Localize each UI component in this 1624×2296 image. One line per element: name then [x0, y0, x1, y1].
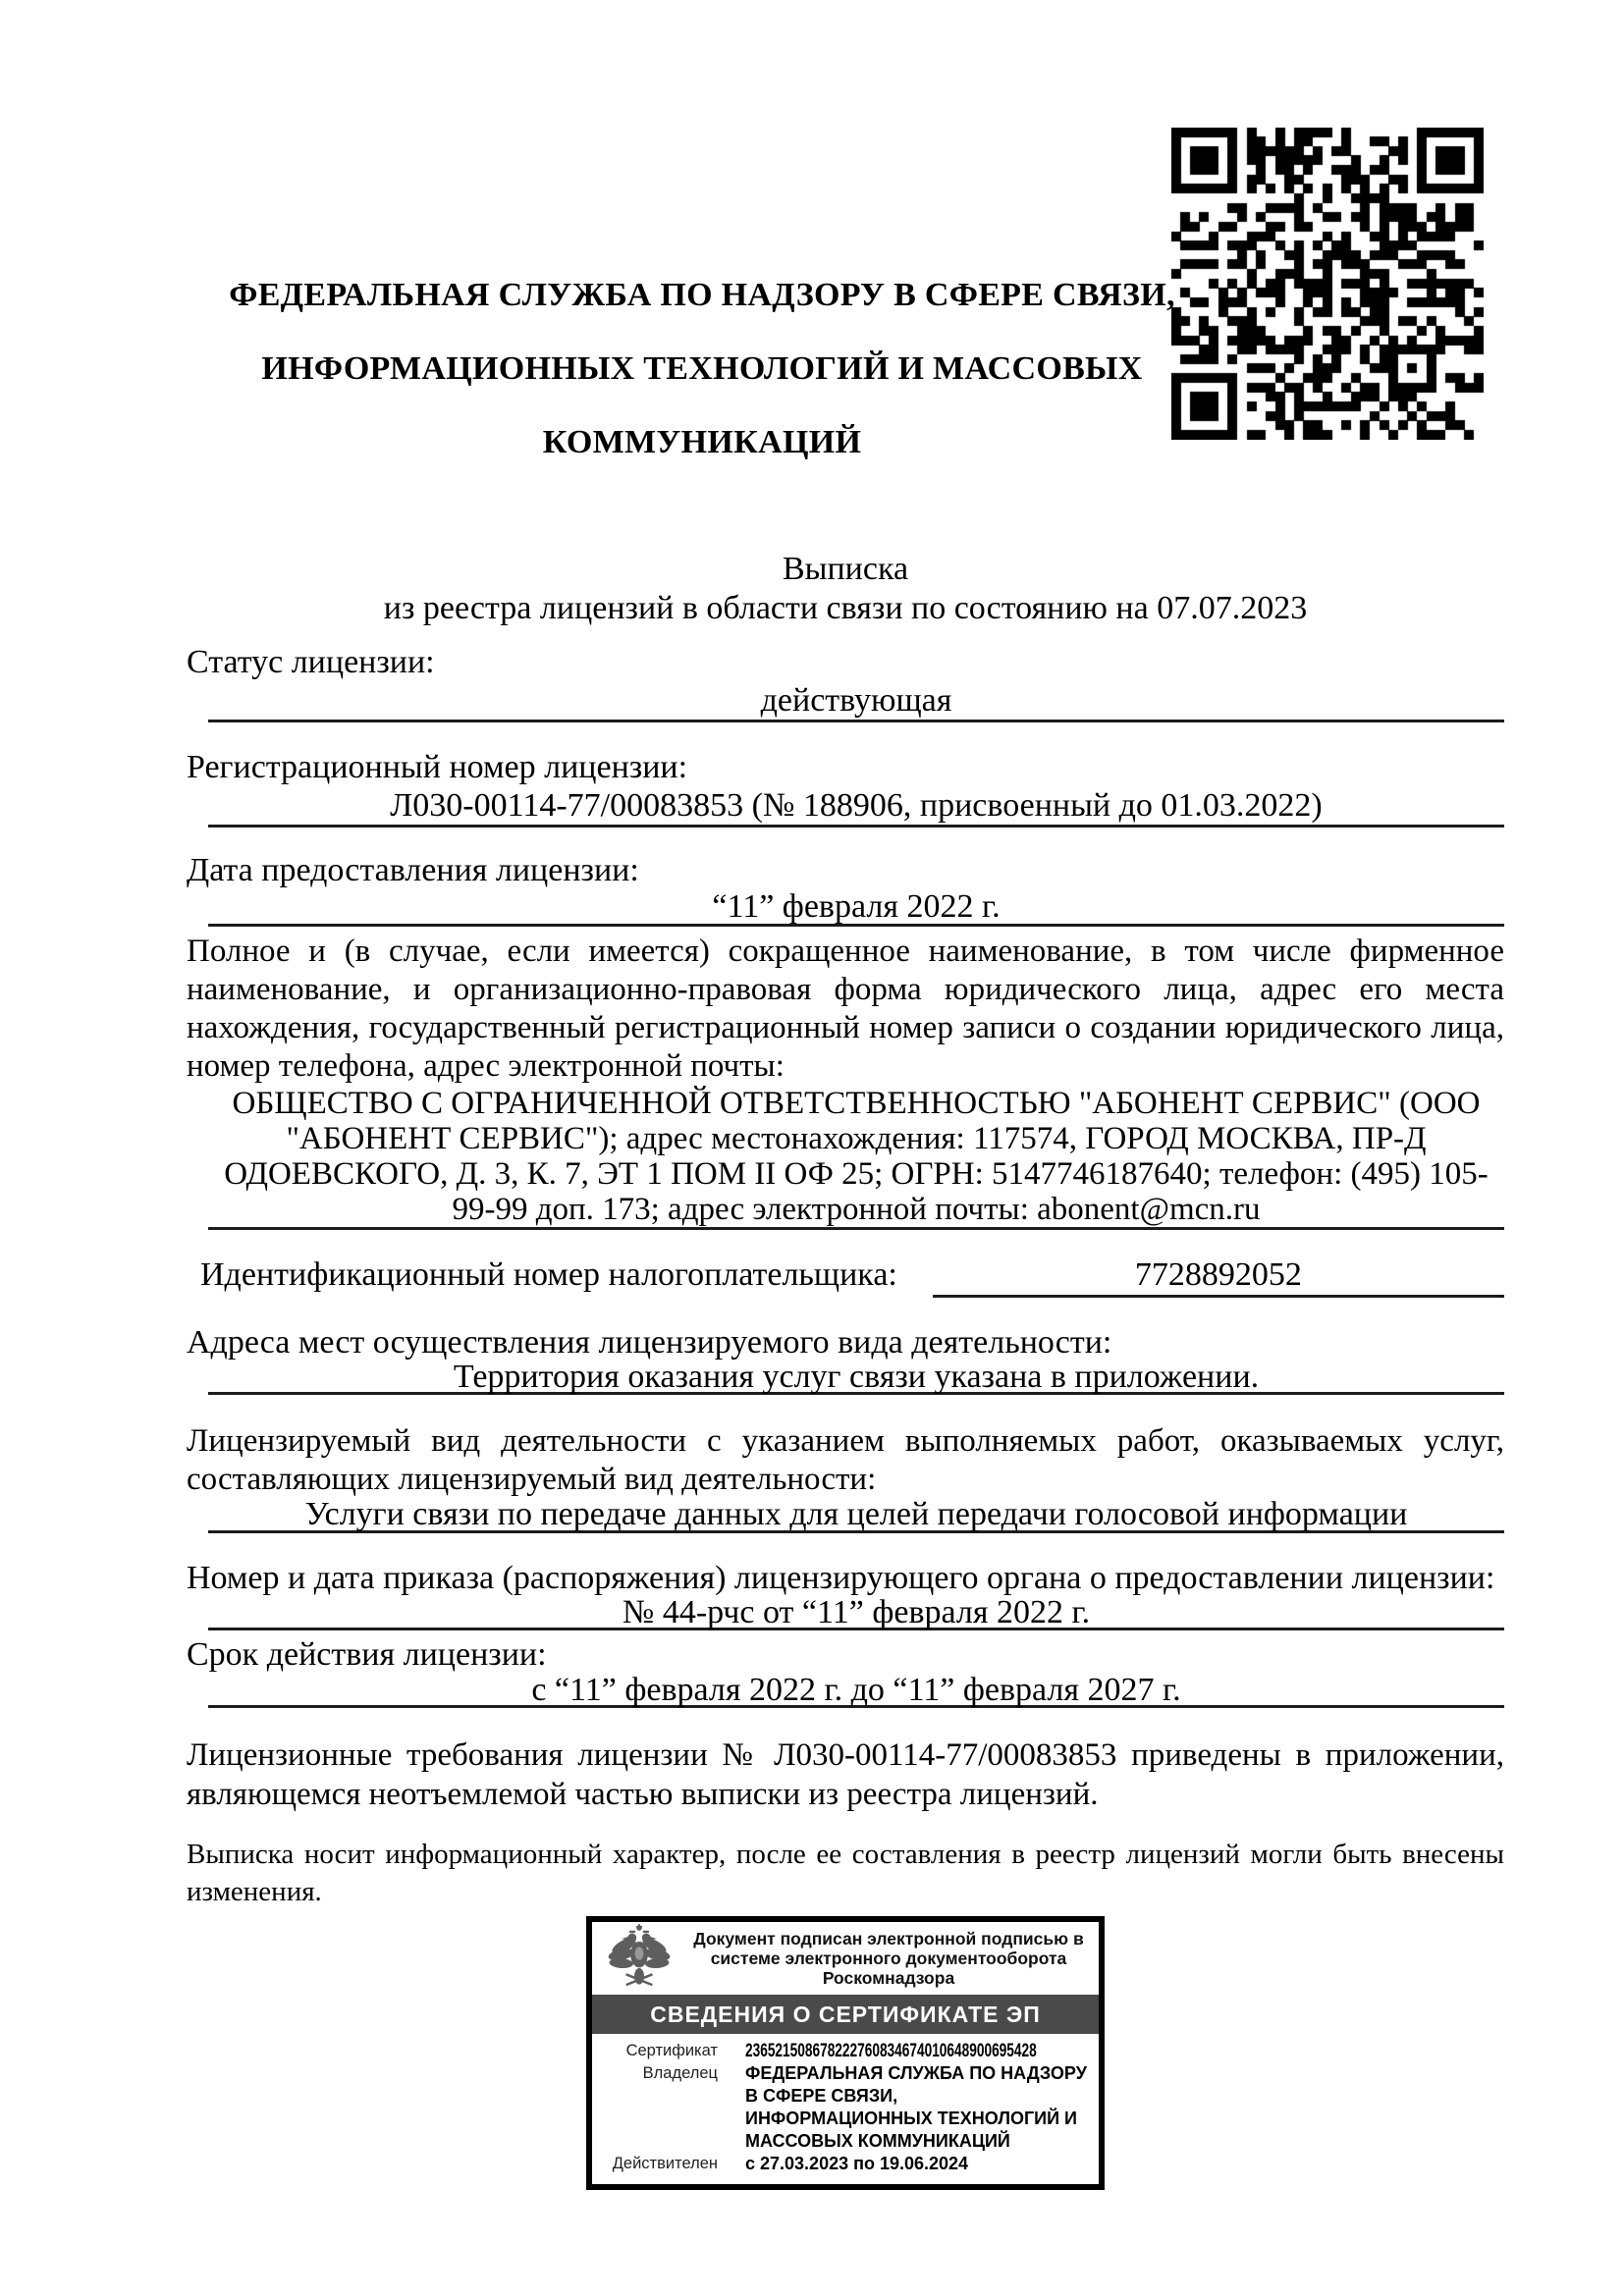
- status-value: действующая: [208, 682, 1504, 722]
- entity-label: Полное и (в случае, если имеется) сокращ…: [187, 933, 1504, 1086]
- valid-value: с 27.03.2023 по 19.06.2024: [745, 2153, 1089, 2175]
- addresses-label: Адреса мест осуществления лицензируемого…: [187, 1323, 1504, 1362]
- entity-value: ОБЩЕСТВО С ОГРАНИЧЕННОЙ ОТВЕТСТВЕННОСТЬЮ…: [208, 1086, 1504, 1230]
- stamp-signed-text: Документ подписан электронной подписью в…: [686, 1929, 1099, 1988]
- owner-value: ФЕДЕРАЛЬНАЯ СЛУЖБА ПО НАДЗОРУ В СФЕРЕ СВ…: [745, 2062, 1089, 2153]
- requirements-note: Лицензионные требования лицензии № Л030-…: [187, 1735, 1504, 1814]
- validity-label: Срок действия лицензии:: [187, 1635, 1504, 1675]
- double-headed-eagle-icon: [592, 1923, 686, 1994]
- authority-name-line: ФЕДЕРАЛЬНАЯ СЛУЖБА ПО НАДЗОРУ В СФЕРЕ СВ…: [167, 258, 1237, 332]
- status-label: Статус лицензии:: [187, 643, 1504, 682]
- license-extract-page: ФЕДЕРАЛЬНАЯ СЛУЖБА ПО НАДЗОРУ В СФЕРЕ СВ…: [0, 0, 1624, 2296]
- inn-field: Идентификационный номер налогоплательщик…: [187, 1255, 1504, 1298]
- authority-name-line: КОММУНИКАЦИЙ: [167, 405, 1237, 479]
- certificate-row: Сертификат 23652150867822276083467401064…: [602, 2040, 1089, 2062]
- document-title: Выписка: [187, 550, 1504, 589]
- document-subtitle: из реестра лицензий в области связи по с…: [187, 589, 1504, 628]
- valid-label: Действителен: [602, 2153, 718, 2175]
- stamp-header: Документ подписан электронной подписью в…: [592, 1922, 1099, 1995]
- certificate-details: Сертификат 23652150867822276083467401064…: [592, 2034, 1099, 2184]
- grant-date-value: “11” февраля 2022 г.: [208, 890, 1504, 927]
- activity-label: Лицензируемый вид деятельности с указани…: [187, 1422, 1504, 1499]
- certificate-number: 236521508678222760834674010648900695428: [745, 2040, 1037, 2062]
- certificate-label: Сертификат: [602, 2040, 718, 2062]
- order-value: № 44-рчс от “11” февраля 2022 г.: [208, 1598, 1504, 1630]
- electronic-signature-stamp: Документ подписан электронной подписью в…: [586, 1916, 1105, 2190]
- owner-label: Владелец: [602, 2062, 718, 2085]
- issuing-authority-header: ФЕДЕРАЛЬНАЯ СЛУЖБА ПО НАДЗОРУ В СФЕРЕ СВ…: [167, 258, 1237, 479]
- activity-value: Услуги связи по передаче данных для целе…: [208, 1499, 1504, 1533]
- addresses-value: Территория оказания услуг связи указана …: [208, 1362, 1504, 1395]
- registration-number-value: Л030-00114-77/00083853 (№ 188906, присво…: [208, 787, 1504, 828]
- inn-value: 7728892052: [933, 1255, 1504, 1298]
- validity-value: с “11” февраля 2022 г. до “11” февраля 2…: [208, 1675, 1504, 1708]
- registration-number-label: Регистрационный номер лицензии:: [187, 748, 1504, 787]
- disclaimer-note: Выписка носит информационный характер, п…: [187, 1836, 1504, 1910]
- document-body: Выписка из реестра лицензий в области св…: [187, 550, 1504, 2190]
- certificate-info-band: СВЕДЕНИЯ О СЕРТИФИКАТЕ ЭП: [592, 1995, 1099, 2034]
- grant-date-label: Дата предоставления лицензии:: [187, 851, 1504, 890]
- valid-row: Действителен с 27.03.2023 по 19.06.2024: [602, 2153, 1089, 2175]
- owner-row: Владелец ФЕДЕРАЛЬНАЯ СЛУЖБА ПО НАДЗОРУ В…: [602, 2062, 1089, 2153]
- inn-label: Идентификационный номер налогоплательщик…: [187, 1255, 897, 1295]
- order-label: Номер и дата приказа (распоряжения) лице…: [187, 1559, 1504, 1598]
- authority-name-line: ИНФОРМАЦИОННЫХ ТЕХНОЛОГИЙ И МАССОВЫХ: [167, 332, 1237, 405]
